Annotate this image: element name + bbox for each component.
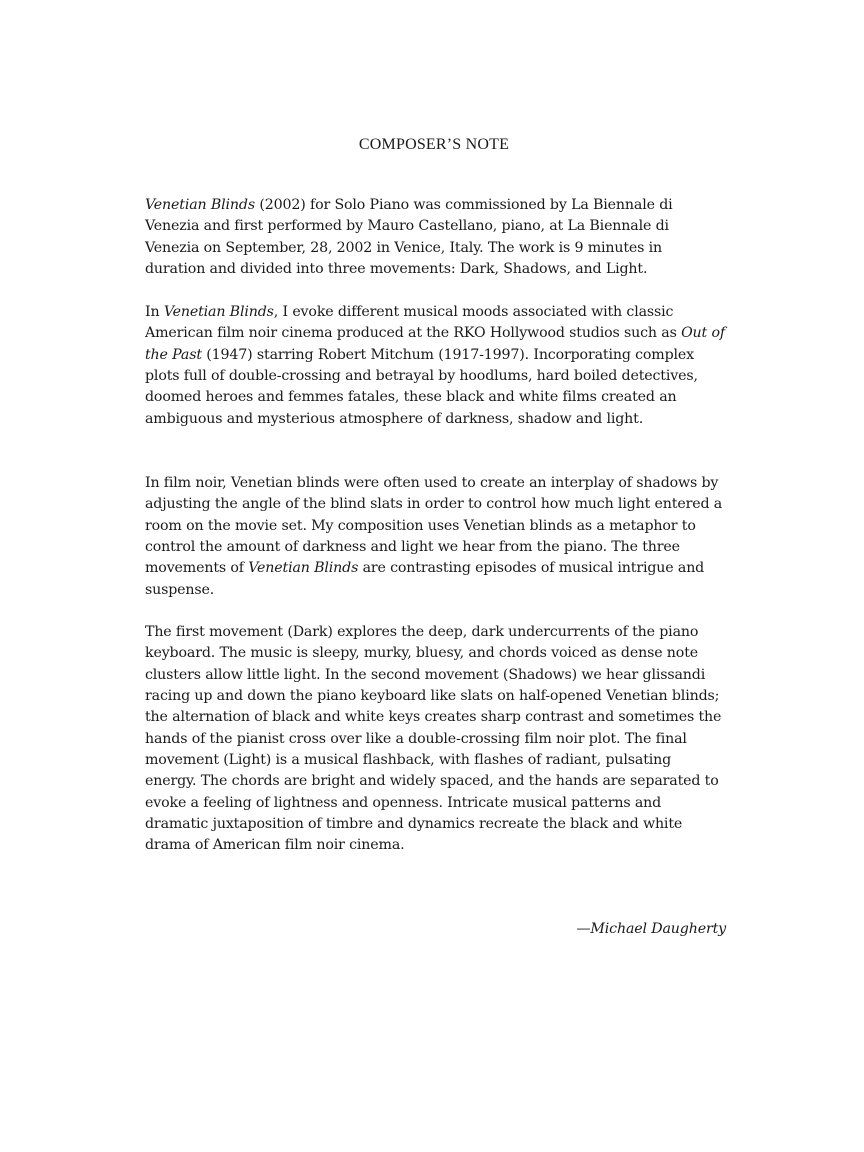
paragraph-movements: The first movement (Dark) explores the d… bbox=[145, 622, 725, 857]
paragraph-commission: Venetian Blinds (2002) for Solo Piano wa… bbox=[145, 195, 725, 280]
work-title-italic: Venetian Blinds bbox=[248, 560, 358, 576]
paragraph-venetian-blinds: In film noir, Venetian blinds were often… bbox=[145, 473, 725, 601]
author-signature: —Michael Daugherty bbox=[576, 919, 726, 940]
work-title-italic: Venetian Blinds bbox=[145, 197, 255, 213]
paragraph-text: The first movement (Dark) explores the d… bbox=[145, 624, 721, 853]
work-title-italic: Venetian Blinds bbox=[164, 304, 274, 320]
page-title: COMPOSER’S NOTE bbox=[145, 135, 723, 155]
paragraph-film-noir: In Venetian Blinds, I evoke different mu… bbox=[145, 302, 725, 430]
paragraph-text: (1947) starring Robert Mitchum (1917-199… bbox=[145, 347, 698, 427]
paragraph-text: In bbox=[145, 304, 164, 320]
